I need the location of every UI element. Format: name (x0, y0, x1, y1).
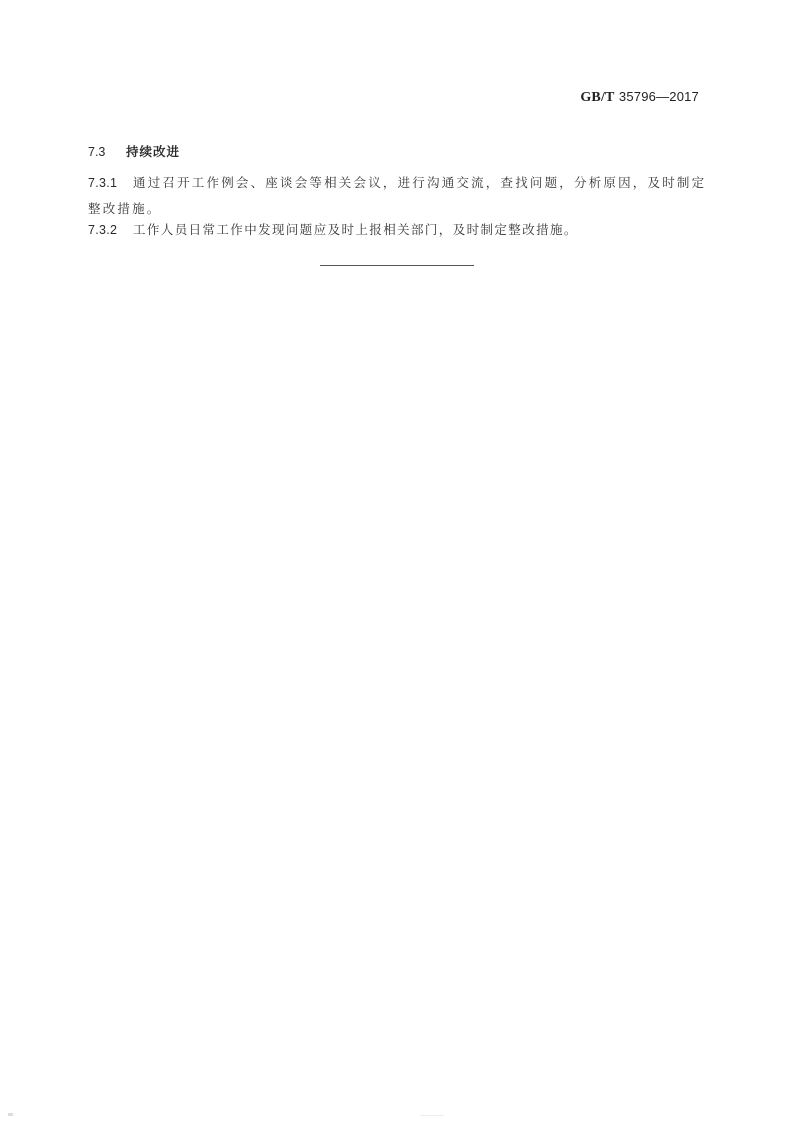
clause-item: 7.3.2工作人员日常工作中发现问题应及时上报相关部门，及时制定整改措施。 (88, 217, 710, 243)
clause-number: 7.3.1 (88, 171, 133, 196)
section-title: 持续改进 (126, 144, 180, 159)
document-page: GB/T 35796—2017 7.3 持续改进 7.3.1通过召开工作例会、座… (0, 0, 793, 1127)
scan-artifact (8, 1113, 13, 1116)
standard-prefix: GB/T (580, 90, 614, 105)
clause-text: 工作人员日常工作中发现问题应及时上报相关部门，及时制定整改措施。 (133, 222, 578, 237)
section-number: 7.3 (88, 145, 122, 159)
scan-artifact (420, 1115, 444, 1116)
end-of-document-rule (320, 265, 474, 266)
clause-number: 7.3.2 (88, 218, 133, 243)
standard-number: GB/T 35796—2017 (580, 89, 699, 106)
section-heading: 7.3 持续改进 (88, 142, 180, 160)
standard-code: 35796—2017 (619, 89, 699, 104)
clause-text: 通过召开工作例会、座谈会等相关会议，进行沟通交流，查找问题，分析原因，及时制定整… (88, 175, 706, 216)
clause-item: 7.3.1通过召开工作例会、座谈会等相关会议，进行沟通交流，查找问题，分析原因，… (88, 170, 710, 221)
